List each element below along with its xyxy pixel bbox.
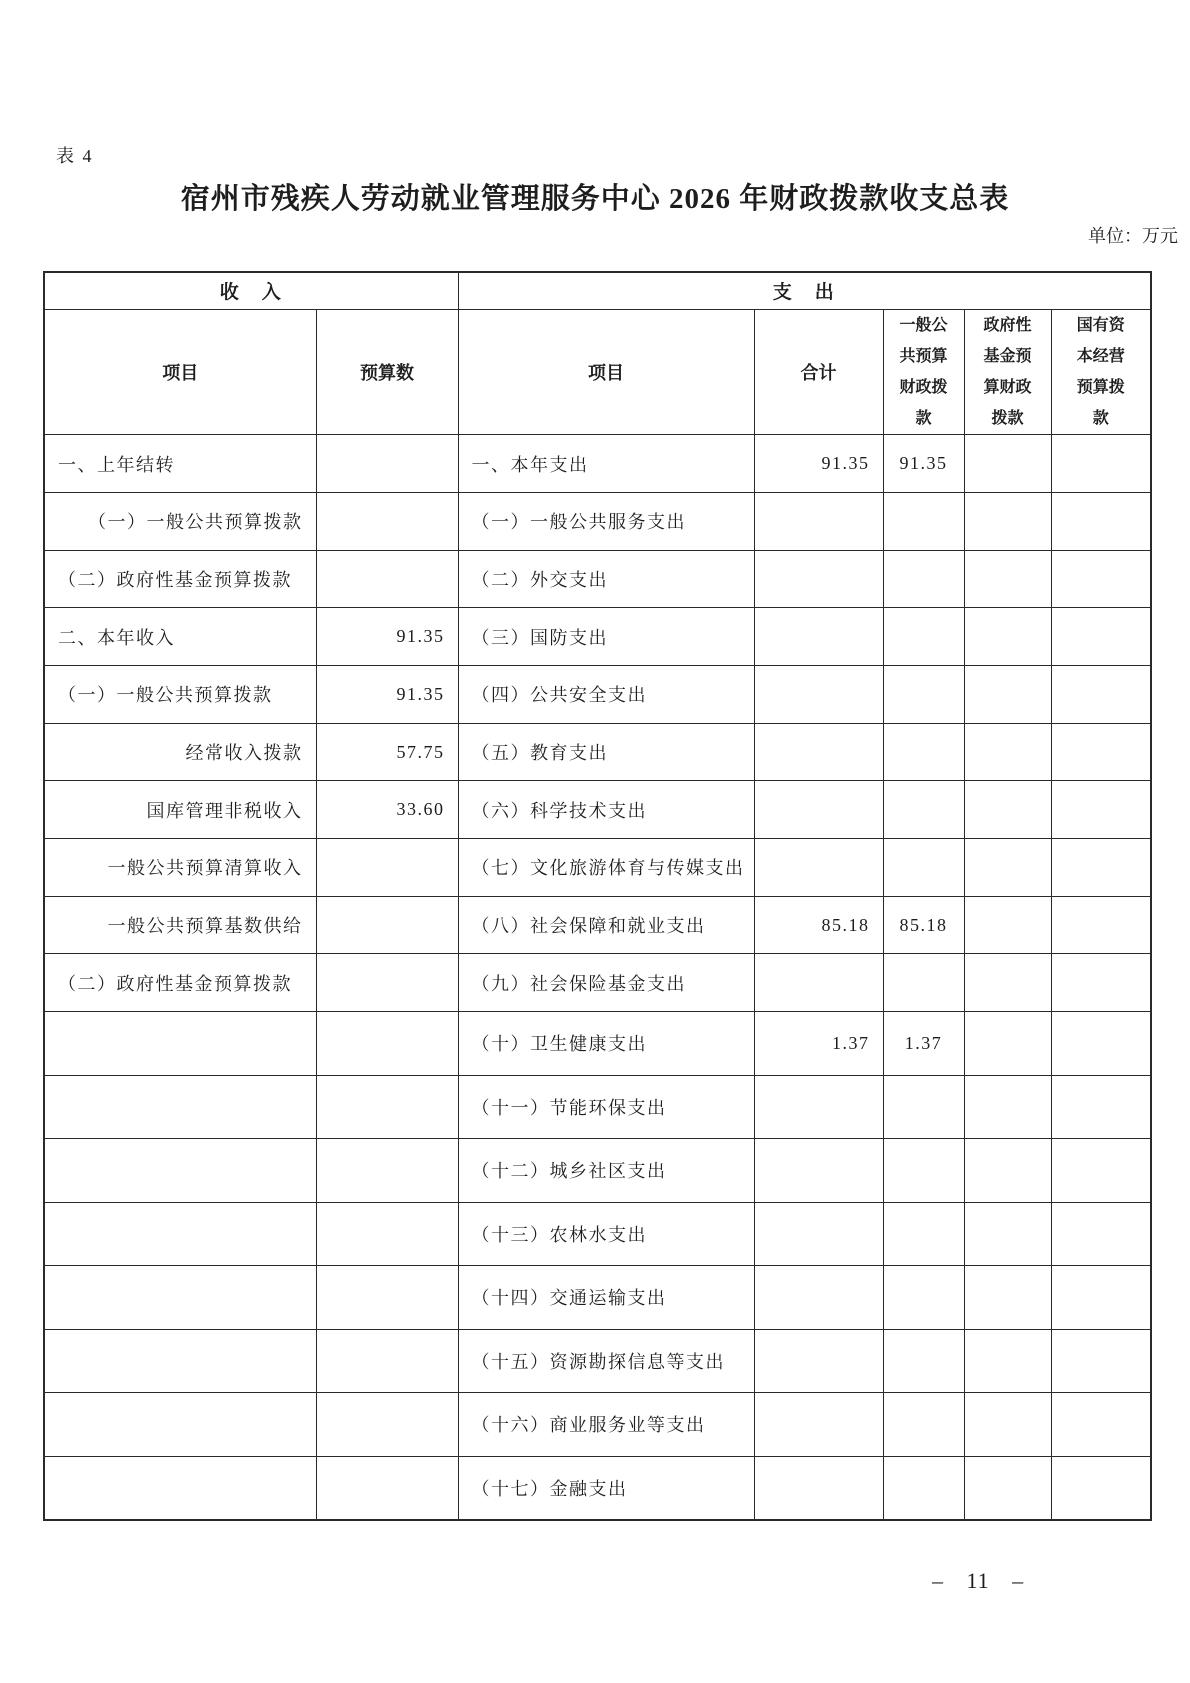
expense-item-cell: （八）社会保障和就业支出 (458, 896, 754, 954)
expense-general-budget-cell (883, 666, 964, 724)
expense-total-cell (754, 608, 883, 666)
income-budget-cell (316, 1202, 458, 1266)
income-item-cell: （一）一般公共预算拨款 (44, 666, 316, 724)
table-row: （十一）节能环保支出 (44, 1075, 1151, 1139)
expense-fund-budget-cell (964, 781, 1051, 839)
expense-fund-budget-cell (964, 435, 1051, 493)
expense-general-budget-cell (883, 1456, 964, 1520)
col-header-state-capital-budget: 国有资本经营预算拨款 (1051, 309, 1151, 435)
income-section-header: 收 入 (44, 272, 458, 309)
expense-state-capital-cell (1051, 492, 1151, 550)
expense-fund-budget-cell (964, 1393, 1051, 1457)
expense-state-capital-cell (1051, 723, 1151, 781)
expense-general-budget-cell: 1.37 (883, 1012, 964, 1076)
expense-general-budget-cell (883, 1329, 964, 1393)
expense-state-capital-cell (1051, 1456, 1151, 1520)
income-item-cell (44, 1075, 316, 1139)
expense-total-cell (754, 839, 883, 897)
expense-state-capital-cell (1051, 550, 1151, 608)
income-budget-cell (316, 1012, 458, 1076)
col-header-state-capital-budget-text: 国有资本经营预算拨款 (1074, 310, 1128, 435)
expense-state-capital-cell (1051, 781, 1151, 839)
table-row: 经常收入拨款57.75（五）教育支出 (44, 723, 1151, 781)
expense-general-budget-cell (883, 492, 964, 550)
section-header-row: 收 入 支 出 (44, 272, 1151, 309)
expense-total-cell (754, 1393, 883, 1457)
expense-item-cell: （十六）商业服务业等支出 (458, 1393, 754, 1457)
income-item-cell: （二）政府性基金预算拨款 (44, 550, 316, 608)
expense-total-cell (754, 492, 883, 550)
expense-state-capital-cell (1051, 896, 1151, 954)
expense-item-cell: （十七）金融支出 (458, 1456, 754, 1520)
unit-label: 单位：万元 (1088, 222, 1178, 248)
expense-total-cell (754, 954, 883, 1012)
table-row: （二）政府性基金预算拨款（九）社会保险基金支出 (44, 954, 1151, 1012)
col-header-general-public-budget-text: 一般公共预算财政拨款 (897, 310, 951, 435)
expense-general-budget-cell: 91.35 (883, 435, 964, 493)
income-budget-cell (316, 896, 458, 954)
expense-total-cell (754, 723, 883, 781)
expense-item-cell: 一、本年支出 (458, 435, 754, 493)
table-row: （一）一般公共预算拨款（一）一般公共服务支出 (44, 492, 1151, 550)
income-budget-cell (316, 954, 458, 1012)
expense-fund-budget-cell (964, 492, 1051, 550)
expense-state-capital-cell (1051, 666, 1151, 724)
expense-general-budget-cell (883, 839, 964, 897)
income-item-cell: 国库管理非税收入 (44, 781, 316, 839)
income-budget-cell (316, 492, 458, 550)
expense-fund-budget-cell (964, 1202, 1051, 1266)
col-header-total: 合计 (754, 309, 883, 435)
expense-fund-budget-cell (964, 839, 1051, 897)
expense-general-budget-cell (883, 781, 964, 839)
expense-item-cell: （十）卫生健康支出 (458, 1012, 754, 1076)
col-header-income-item: 项目 (44, 309, 316, 435)
income-budget-cell (316, 1329, 458, 1393)
expense-general-budget-cell (883, 608, 964, 666)
expense-fund-budget-cell (964, 1139, 1051, 1203)
expense-item-cell: （一）一般公共服务支出 (458, 492, 754, 550)
expense-total-cell: 91.35 (754, 435, 883, 493)
expense-general-budget-cell (883, 723, 964, 781)
col-header-expense-item: 项目 (458, 309, 754, 435)
expense-fund-budget-cell (964, 954, 1051, 1012)
table-row: （十六）商业服务业等支出 (44, 1393, 1151, 1457)
income-item-cell: （二）政府性基金预算拨款 (44, 954, 316, 1012)
income-item-cell (44, 1202, 316, 1266)
table-row: （十）卫生健康支出1.371.37 (44, 1012, 1151, 1076)
expense-total-cell (754, 1139, 883, 1203)
expense-item-cell: （五）教育支出 (458, 723, 754, 781)
document-page: 表 4 宿州市残疾人劳动就业管理服务中心 2026 年财政拨款收支总表 单位：万… (0, 0, 1190, 1683)
expense-general-budget-cell (883, 954, 964, 1012)
income-budget-cell (316, 1139, 458, 1203)
col-header-government-fund-budget-text: 政府性基金预算财政拨款 (981, 310, 1035, 435)
income-budget-cell: 33.60 (316, 781, 458, 839)
table-row: 国库管理非税收入33.60（六）科学技术支出 (44, 781, 1151, 839)
table-row: （十五）资源勘探信息等支出 (44, 1329, 1151, 1393)
expense-total-cell (754, 1266, 883, 1330)
expense-state-capital-cell (1051, 608, 1151, 666)
expense-general-budget-cell (883, 1393, 964, 1457)
col-header-budget-amount: 预算数 (316, 309, 458, 435)
expense-total-cell (754, 1202, 883, 1266)
income-item-cell: 一般公共预算基数供给 (44, 896, 316, 954)
income-budget-cell (316, 1266, 458, 1330)
page-number: – 11 – (932, 1568, 1024, 1594)
expense-item-cell: （四）公共安全支出 (458, 666, 754, 724)
expense-item-cell: （十一）节能环保支出 (458, 1075, 754, 1139)
income-item-cell: 一般公共预算清算收入 (44, 839, 316, 897)
expense-item-cell: （三）国防支出 (458, 608, 754, 666)
expense-fund-budget-cell (964, 723, 1051, 781)
expense-state-capital-cell (1051, 1075, 1151, 1139)
table-row: 一、上年结转一、本年支出91.3591.35 (44, 435, 1151, 493)
col-header-general-public-budget: 一般公共预算财政拨款 (883, 309, 964, 435)
table-row: 一般公共预算基数供给（八）社会保障和就业支出85.1885.18 (44, 896, 1151, 954)
expense-total-cell (754, 1075, 883, 1139)
page-title: 宿州市残疾人劳动就业管理服务中心 2026 年财政拨款收支总表 (0, 176, 1190, 217)
income-budget-cell: 91.35 (316, 666, 458, 724)
expense-item-cell: （二）外交支出 (458, 550, 754, 608)
col-header-government-fund-budget: 政府性基金预算财政拨款 (964, 309, 1051, 435)
expense-fund-budget-cell (964, 1266, 1051, 1330)
table-row: （一）一般公共预算拨款91.35（四）公共安全支出 (44, 666, 1151, 724)
expense-total-cell (754, 1456, 883, 1520)
expense-total-cell: 1.37 (754, 1012, 883, 1076)
table-row: 二、本年收入91.35（三）国防支出 (44, 608, 1151, 666)
table-number-label: 表 4 (56, 142, 94, 168)
expense-fund-budget-cell (964, 550, 1051, 608)
income-budget-cell (316, 435, 458, 493)
expense-general-budget-cell (883, 1139, 964, 1203)
expense-fund-budget-cell (964, 1075, 1051, 1139)
income-budget-cell (316, 1075, 458, 1139)
income-budget-cell: 57.75 (316, 723, 458, 781)
expense-total-cell (754, 550, 883, 608)
income-budget-cell (316, 839, 458, 897)
expense-general-budget-cell (883, 1266, 964, 1330)
table-row: （十七）金融支出 (44, 1456, 1151, 1520)
table-row: （二）政府性基金预算拨款（二）外交支出 (44, 550, 1151, 608)
income-item-cell: 一、上年结转 (44, 435, 316, 493)
income-item-cell (44, 1266, 316, 1330)
expense-item-cell: （十三）农林水支出 (458, 1202, 754, 1266)
expense-item-cell: （九）社会保险基金支出 (458, 954, 754, 1012)
income-budget-cell (316, 1393, 458, 1457)
table-row: （十二）城乡社区支出 (44, 1139, 1151, 1203)
expense-fund-budget-cell (964, 1456, 1051, 1520)
budget-table-body: 一、上年结转一、本年支出91.3591.35（一）一般公共预算拨款（一）一般公共… (44, 435, 1151, 1520)
income-item-cell (44, 1329, 316, 1393)
expense-state-capital-cell (1051, 1202, 1151, 1266)
table-row: 一般公共预算清算收入（七）文化旅游体育与传媒支出 (44, 839, 1151, 897)
expense-fund-budget-cell (964, 666, 1051, 724)
income-item-cell: 二、本年收入 (44, 608, 316, 666)
income-item-cell: （一）一般公共预算拨款 (44, 492, 316, 550)
expense-total-cell (754, 1329, 883, 1393)
table-row: （十四）交通运输支出 (44, 1266, 1151, 1330)
expense-state-capital-cell (1051, 1266, 1151, 1330)
expense-fund-budget-cell (964, 1329, 1051, 1393)
budget-summary-table: 收 入 支 出 项目 预算数 项目 合计 一般公共预算财政拨款 政府性基金预算财… (43, 271, 1152, 1521)
expense-fund-budget-cell (964, 608, 1051, 666)
expense-item-cell: （十二）城乡社区支出 (458, 1139, 754, 1203)
expense-state-capital-cell (1051, 435, 1151, 493)
table-row: （十三）农林水支出 (44, 1202, 1151, 1266)
income-budget-cell (316, 550, 458, 608)
expense-item-cell: （六）科学技术支出 (458, 781, 754, 839)
expense-state-capital-cell (1051, 1012, 1151, 1076)
expense-total-cell (754, 781, 883, 839)
income-item-cell (44, 1139, 316, 1203)
expense-item-cell: （十五）资源勘探信息等支出 (458, 1329, 754, 1393)
income-item-cell: 经常收入拨款 (44, 723, 316, 781)
column-header-row: 项目 预算数 项目 合计 一般公共预算财政拨款 政府性基金预算财政拨款 国有资本… (44, 309, 1151, 435)
expense-state-capital-cell (1051, 1393, 1151, 1457)
expense-general-budget-cell (883, 1075, 964, 1139)
income-item-cell (44, 1456, 316, 1520)
expense-general-budget-cell (883, 550, 964, 608)
expense-total-cell: 85.18 (754, 896, 883, 954)
expense-fund-budget-cell (964, 896, 1051, 954)
expense-fund-budget-cell (964, 1012, 1051, 1076)
income-budget-cell (316, 1456, 458, 1520)
expense-section-header: 支 出 (458, 272, 1151, 309)
expense-item-cell: （七）文化旅游体育与传媒支出 (458, 839, 754, 897)
expense-general-budget-cell (883, 1202, 964, 1266)
expense-general-budget-cell: 85.18 (883, 896, 964, 954)
expense-item-cell: （十四）交通运输支出 (458, 1266, 754, 1330)
income-item-cell (44, 1012, 316, 1076)
expense-state-capital-cell (1051, 1139, 1151, 1203)
expense-total-cell (754, 666, 883, 724)
expense-state-capital-cell (1051, 839, 1151, 897)
expense-state-capital-cell (1051, 954, 1151, 1012)
income-item-cell (44, 1393, 316, 1457)
income-budget-cell: 91.35 (316, 608, 458, 666)
expense-state-capital-cell (1051, 1329, 1151, 1393)
